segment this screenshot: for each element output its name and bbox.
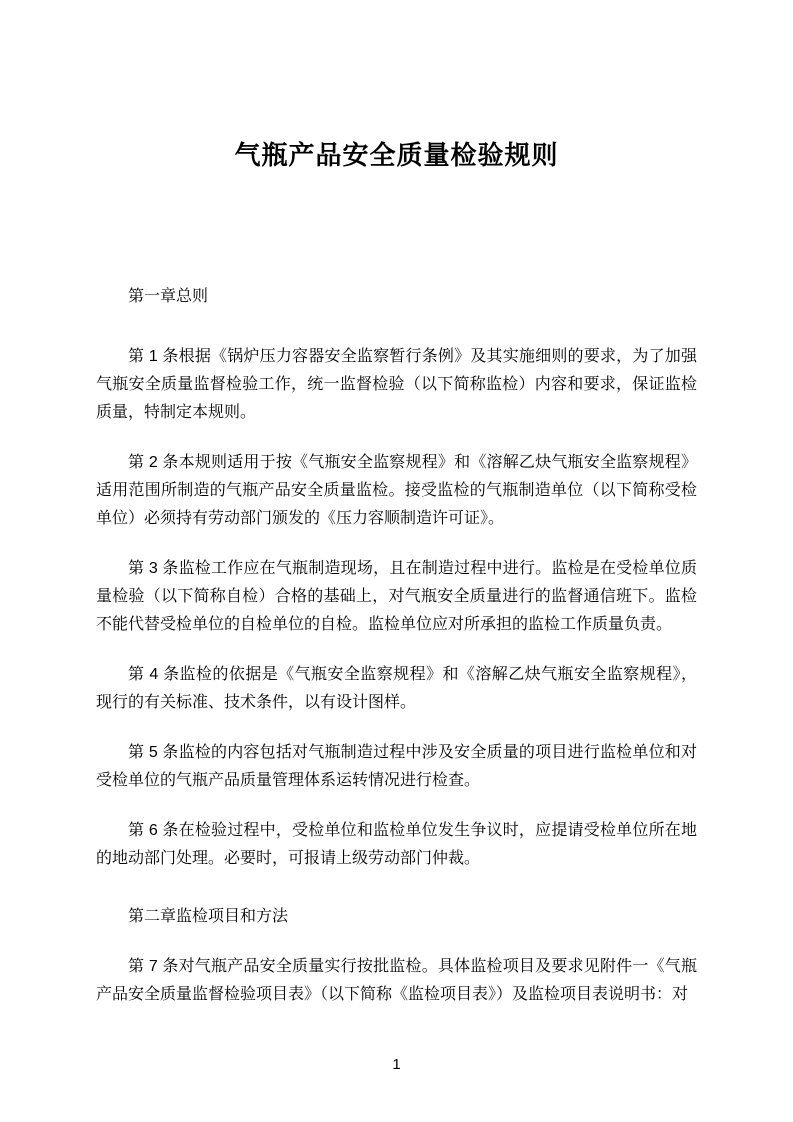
paragraph-article-2: 第 2 条本规则适用于按《气瓶安全监察规程》和《溶解乙炔气瓶安全监察规程》适用范…: [96, 449, 697, 533]
chapter-2-heading: 第二章监检项目和方法: [96, 903, 697, 931]
paragraph-article-6: 第 6 条在检验过程中，受检单位和监检单位发生争议时，应提请受检单位所在地的地动…: [96, 817, 697, 873]
paragraph-article-7: 第 7 条对气瓶产品安全质量实行按批监检。具体监检项目及要求见附件一《气瓶产品安…: [96, 953, 697, 1009]
document-page: 气瓶产品安全质量检验规则 第一章总则 第 1 条根据《锅炉压力容器安全监察暂行条…: [0, 0, 793, 1122]
paragraph-article-3: 第 3 条监检工作应在气瓶制造现场，且在制造过程中进行。监检是在受检单位质量检验…: [96, 555, 697, 639]
paragraph-article-1: 第 1 条根据《锅炉压力容器安全监察暂行条例》及其实施细则的要求，为了加强气瓶安…: [96, 343, 697, 427]
paragraph-article-4: 第 4 条监检的依据是《气瓶安全监察规程》和《溶解乙炔气瓶安全监察规程》，现行的…: [96, 661, 697, 717]
paragraph-article-5: 第 5 条监检的内容包括对气瓶制造过程中涉及安全质量的项目进行监检单位和对受检单…: [96, 739, 697, 795]
document-content: 气瓶产品安全质量检验规则 第一章总则 第 1 条根据《锅炉压力容器安全监察暂行条…: [96, 0, 697, 1075]
document-title: 气瓶产品安全质量检验规则: [96, 0, 697, 171]
page-number: 1: [96, 1055, 697, 1075]
chapter-1-heading: 第一章总则: [96, 283, 697, 311]
